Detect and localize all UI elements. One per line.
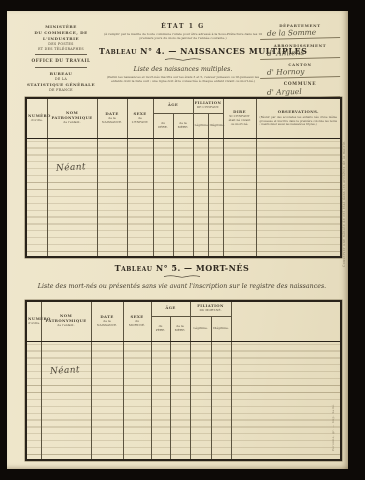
table4-subtitle: Liste des naissances multiples. bbox=[99, 66, 267, 73]
form-page: MINISTÈRE DU COMMERCE, DE L'INDUSTRIE DE… bbox=[7, 11, 348, 469]
hdr-line: DE L'ENFANT. bbox=[195, 106, 222, 110]
t4-cell-nom: Néant bbox=[47, 138, 97, 257]
t5-cell-nom: Néant bbox=[41, 341, 91, 460]
t5-cell-age-pere bbox=[151, 341, 170, 460]
t4-cell-illegitime bbox=[208, 138, 223, 257]
t5-cell-legitime bbox=[190, 341, 211, 460]
hdr-line: NAISSANCE. bbox=[99, 121, 126, 125]
hdr-line: PÈRE. bbox=[153, 329, 169, 333]
t4-cell-observations bbox=[256, 138, 341, 257]
ministry-block: MINISTÈRE DU COMMERCE, DE L'INDUSTRIE DE… bbox=[21, 24, 101, 92]
t5-col-numero: NUMÉRO d'ordre. bbox=[26, 301, 41, 341]
bureau-line: DE FRANCE bbox=[21, 88, 101, 93]
table5-heading: Tableau N° 5. — MORT-NÉS Liste des mort-… bbox=[32, 263, 332, 290]
hdr-line: NAISSANCE. bbox=[93, 324, 122, 328]
ministry-line: ET DES TÉLÉGRAPHES bbox=[21, 47, 101, 52]
divider bbox=[35, 67, 87, 68]
t4-col-age-pere: du PÈRE. bbox=[153, 113, 173, 138]
flourish-icon bbox=[164, 57, 202, 62]
t5-cell-numero bbox=[26, 341, 41, 460]
etat-label: ÉTAT 1 G bbox=[99, 23, 267, 30]
t4-cell-sexe bbox=[127, 138, 153, 257]
table4-note: (Parmi les naissances et mort-nés inscri… bbox=[99, 75, 267, 83]
t5-neant-entry: Néant bbox=[49, 365, 79, 377]
t4-cell-date bbox=[97, 138, 127, 257]
hdr-line: Illégitime. bbox=[213, 327, 230, 331]
t5-cell-sexe bbox=[123, 341, 151, 460]
table4: NUMÉRO d'ordre. NOM PATRONYMIQUE de l'en… bbox=[25, 97, 342, 258]
hdr-line: ou mort-né. bbox=[225, 123, 255, 127]
observations-note: (Réunir par des accolades les enfants né… bbox=[258, 115, 340, 126]
hdr-line: d'ordre. bbox=[28, 322, 40, 326]
t5-col-illegitime: Illégitime. bbox=[211, 316, 231, 341]
t4-neant-entry: Néant bbox=[55, 162, 85, 174]
location-block: DÉPARTEMENT de la Somme ARRONDISSEMENT d… bbox=[257, 23, 343, 101]
right-margin-note: Conserver une minute de cet état dans le… bbox=[342, 97, 346, 267]
t4-cell-age-mere bbox=[173, 138, 193, 257]
hdr-line: Illégitime. bbox=[210, 124, 222, 128]
t5-col-legitime: Légitime. bbox=[190, 316, 211, 341]
hdr-line: MORT-NÉ. bbox=[125, 324, 150, 328]
t5-col-date: DATE de la NAISSANCE. bbox=[91, 301, 123, 341]
ministry-line: DU COMMERCE, DE L'INDUSTRIE bbox=[21, 30, 101, 42]
t5-col-nom: NOM PATRONYMIQUE de l'enfant. bbox=[41, 301, 91, 341]
t5-cell-date bbox=[91, 341, 123, 460]
t4-cell-numero bbox=[26, 138, 47, 257]
arrondissement-value: d' Amiens bbox=[260, 46, 340, 59]
hdr-line: ÂGE bbox=[155, 103, 192, 108]
bureau-line: STATISTIQUE GÉNÉRALE bbox=[21, 82, 101, 88]
t5-cell-age-mere bbox=[170, 341, 190, 460]
t5-col-sexe: SEXE du MORT-NÉ. bbox=[123, 301, 151, 341]
hdr-line: MÈRE. bbox=[175, 126, 192, 130]
t4-body-row: Néant bbox=[26, 138, 341, 257]
t4-col-legitime: Légitime. bbox=[193, 113, 208, 138]
hdr-line: de l'enfant. bbox=[49, 121, 96, 125]
t4-col-sexe: SEXE de L'ENFANT. bbox=[127, 98, 153, 138]
t4-col-nom: NOM PATRONYMIQUE de l'enfant. bbox=[47, 98, 97, 138]
t5-cell-illegitime bbox=[211, 341, 231, 460]
t5-col-age-pere: du PÈRE. bbox=[151, 316, 170, 341]
t5-body-row: Néant bbox=[26, 341, 341, 460]
divider bbox=[35, 54, 87, 55]
hdr-line: PÈRE. bbox=[155, 126, 172, 130]
t4-col-observations: OBSERVATIONS. (Réunir par des accolades … bbox=[256, 98, 341, 138]
form-heading: ÉTAT 1 G (À remplir par la mairie de tou… bbox=[99, 23, 267, 83]
canton-value: d' Hornoy bbox=[260, 66, 340, 79]
printer-imprint: Péronne, gr. — Imp. Sallé. bbox=[331, 387, 335, 451]
hdr-line: d'ordre. bbox=[28, 119, 46, 123]
t5-col-age: ÂGE bbox=[151, 301, 190, 316]
hdr-line: MÈRE. bbox=[172, 329, 189, 333]
t4-col-filiation: FILIATION DE L'ENFANT. bbox=[193, 98, 223, 113]
t4-col-numero: NUMÉRO d'ordre. bbox=[26, 98, 47, 138]
office-du-travail-label: OFFICE DU TRAVAIL bbox=[21, 58, 101, 65]
table5: NUMÉRO d'ordre. NOM PATRONYMIQUE de l'en… bbox=[25, 300, 342, 461]
t4-cell-age-pere bbox=[153, 138, 173, 257]
table5-title: Tableau N° 5. — MORT-NÉS bbox=[32, 263, 332, 273]
t4-cell-dire bbox=[223, 138, 256, 257]
hdr-line: DU MORT-NÉ. bbox=[192, 309, 230, 313]
t4-col-age-mere: de la MÈRE. bbox=[173, 113, 193, 138]
departement-value: de la Somme bbox=[260, 27, 340, 40]
table5-subtitle: Liste des mort-nés ou présentés sans vie… bbox=[32, 283, 332, 290]
hdr-line: de l'enfant. bbox=[43, 324, 90, 328]
flourish-icon bbox=[163, 274, 201, 279]
hdr-line: Légitime. bbox=[195, 124, 207, 128]
t4-col-date: DATE de la NAISSANCE. bbox=[97, 98, 127, 138]
t4-col-dire: DIRE SI L'ENFANT était né vivant ou mort… bbox=[223, 98, 256, 138]
hdr-line: Légitime. bbox=[192, 327, 210, 331]
t4-col-illegitime: Illégitime. bbox=[208, 113, 223, 138]
t5-cell-blank bbox=[231, 341, 341, 460]
t4-col-age: ÂGE bbox=[153, 98, 193, 113]
table4-title: Tableau N° 4. — NAISSANCES MULTIPLES bbox=[99, 46, 267, 56]
t5-col-blank bbox=[231, 301, 341, 341]
hdr-line: ÂGE bbox=[153, 306, 189, 311]
t5-col-age-mere: de la MÈRE. bbox=[170, 316, 190, 341]
hdr-line: L'ENFANT. bbox=[129, 121, 152, 125]
etat-note: (À remplir par la mairie de toute commun… bbox=[99, 32, 267, 40]
t4-cell-legitime bbox=[193, 138, 208, 257]
t5-col-filiation: FILIATION DU MORT-NÉ. bbox=[190, 301, 231, 316]
scan-frame: MINISTÈRE DU COMMERCE, DE L'INDUSTRIE DE… bbox=[0, 0, 365, 480]
